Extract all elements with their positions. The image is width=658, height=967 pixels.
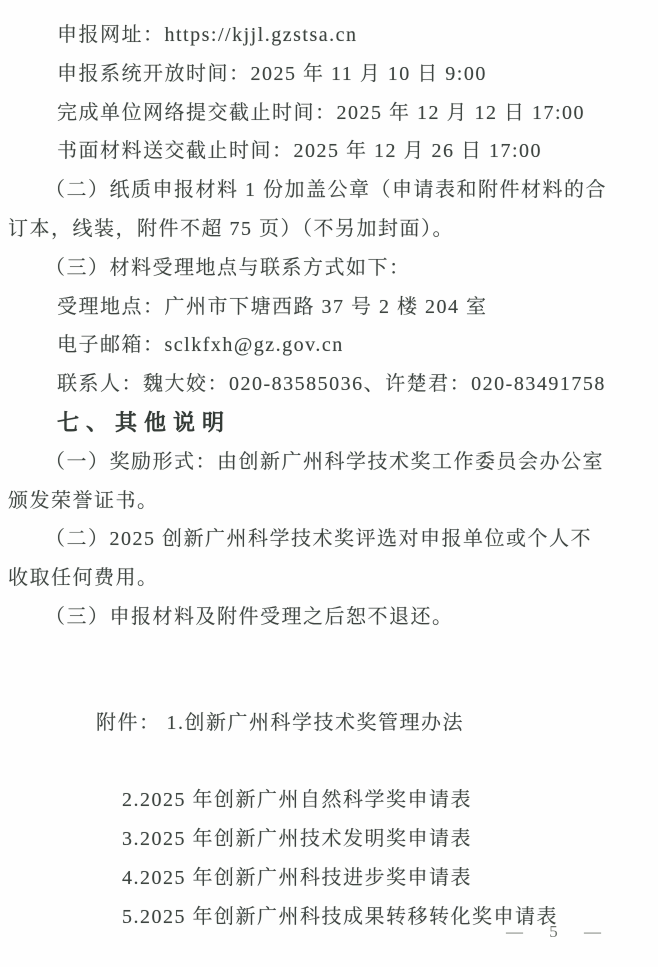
attachment-item-1: 1.创新广州科学技术奖管理办法 [167,712,465,734]
line-email: 电子邮箱：sclkfxh@gz.gov.cn [8,326,628,365]
scanned-document-page: 申报网址：https://kjjl.gzstsa.cn 申报系统开放时间：202… [0,0,658,967]
line-acceptance-contact-intro: （三）材料受理地点与联系方式如下： [8,249,628,288]
line-note1-award-form-1: （一）奖励形式：由创新广州科学技术奖工作委员会办公室 [8,443,628,482]
line-note2-no-fee-1: （二）2025 创新广州科学技术奖评选对申报单位或个人不 [8,520,628,559]
line-contact-persons: 联系人：魏大姣：020-83585036、许楚君：020-83491758 [8,365,628,404]
line-note3-no-return: （三）申报材料及附件受理之后恕不退还。 [8,598,628,637]
line-online-submit-deadline: 完成单位网络提交截止时间：2025 年 12 月 12 日 17:00 [8,94,628,133]
line-paper-material-deadline: 书面材料送交截止时间：2025 年 12 月 26 日 17:00 [8,132,628,171]
page-number: — 5 — [506,922,605,942]
line-acceptance-address: 受理地点：广州市下塘西路 37 号 2 楼 204 室 [8,288,628,327]
line-paper-copy-requirement-2: 订本，线装，附件不超 75 页）（不另加封面）。 [8,210,628,249]
line-paper-copy-requirement-1: （二）纸质申报材料 1 份加盖公章（申请表和附件材料的合 [8,171,628,210]
attachments-label: 附件： [96,712,161,734]
blank-gap [8,637,628,665]
attachment-item-4: 4.2025 年创新广州科技进步奖申请表 [8,859,628,898]
line-note2-no-fee-2: 收取任何费用。 [8,559,628,598]
line-note1-award-form-2: 颁发荣誉证书。 [8,482,628,521]
section-heading-other-notes: 七、其他说明 [8,404,628,443]
line-system-open-time: 申报系统开放时间：2025 年 11 月 10 日 9:00 [8,55,628,94]
attachment-line-1: 附件：1.创新广州科学技术奖管理办法 [8,665,628,781]
document-body: 申报网址：https://kjjl.gzstsa.cn 申报系统开放时间：202… [0,0,658,936]
line-application-website: 申报网址：https://kjjl.gzstsa.cn [8,16,628,55]
attachment-item-2: 2.2025 年创新广州自然科学奖申请表 [8,781,628,820]
attachment-item-3: 3.2025 年创新广州技术发明奖申请表 [8,820,628,859]
